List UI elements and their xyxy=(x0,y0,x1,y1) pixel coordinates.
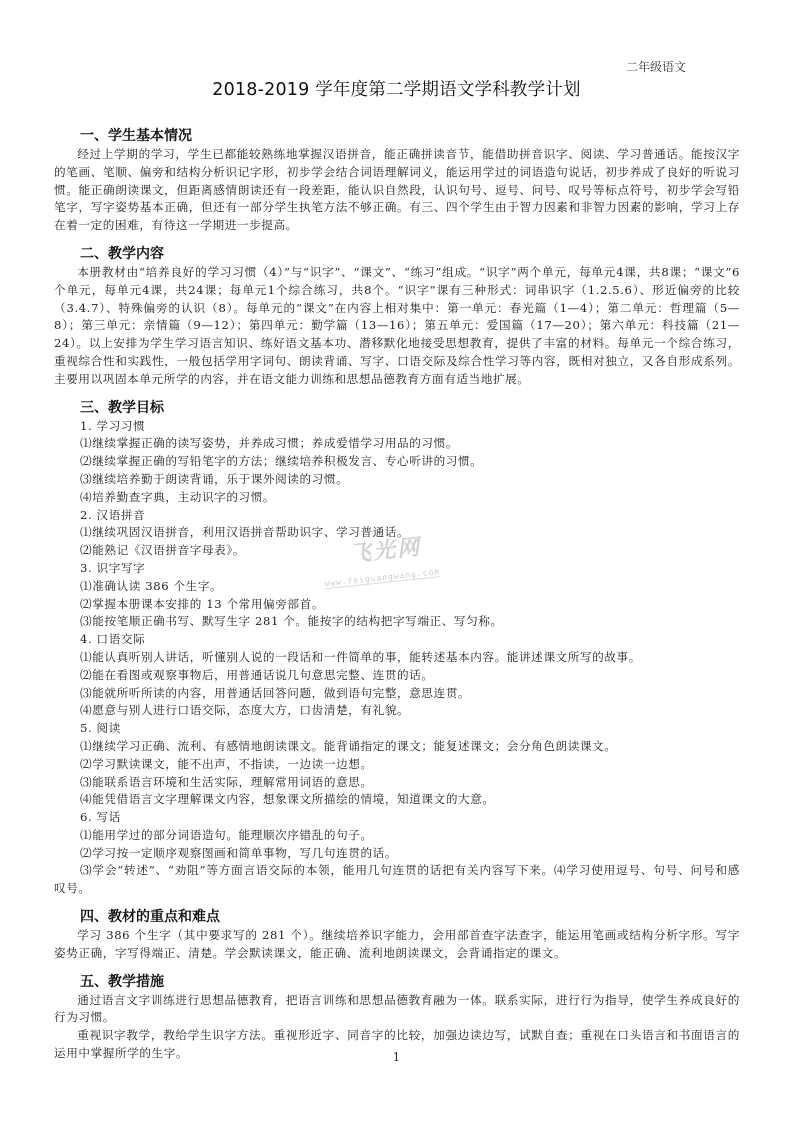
goal-item: ⑶能就所听所读的内容，用普通话回答问题，做到语句完整，意思连贯。 xyxy=(80,685,740,703)
paragraph-student-situation: 经过上学期的学习，学生已都能较熟练地掌握汉语拼音，能正确拼读音节，能借助拼音识字… xyxy=(54,146,740,235)
goal-item: ⑵能在看图或观察事物后，用普通话说几句意思完整、连贯的话。 xyxy=(80,667,740,685)
goal-group-pinyin: 2. 汉语拼音 ⑴继续巩固汉语拼音，利用汉语拼音帮助识字、学习普通话。 ⑵能熟记… xyxy=(54,507,740,560)
goal-item: ⑵能熟记《汉语拼音字母表》。 xyxy=(80,542,740,560)
goal-group-reading: 5. 阅读 ⑴继续学习正确、流利、有感情地朗读课文。能背诵指定的课文；能复述课文… xyxy=(54,720,740,809)
paragraph-key-points: 学习 386 个生字（其中要求写的 281 个）。继续培养识字能力，会用部首查字… xyxy=(54,927,740,963)
goal-item: ⑴能认真听别人讲话，听懂别人说的一段话和一件简单的事，能转述基本内容。能讲述课文… xyxy=(80,649,740,667)
goal-group-title: 2. 汉语拼音 xyxy=(80,507,740,525)
goal-item: ⑴继续巩固汉语拼音，利用汉语拼音帮助识字、学习普通话。 xyxy=(80,524,740,542)
subject-label: 二年级语文 xyxy=(626,58,686,75)
goal-group-literacy-writing: 3. 识字写字 ⑴准确认读 386 个生字。 ⑵掌握本册课本安排的 13 个常用… xyxy=(54,560,740,631)
section-heading-teaching-goals: 三、教学目标 xyxy=(80,398,740,418)
goal-item: ⑵掌握本册课本安排的 13 个常用偏旁部首。 xyxy=(80,596,740,614)
section-heading-student-situation: 一、学生基本情况 xyxy=(80,126,740,146)
goal-group-title: 4. 口语交际 xyxy=(80,631,740,649)
goal-item: ⑶学会“转述”、“劝阻”等方面言语交际的本领，能用几句连贯的话把有关内容写下来。… xyxy=(54,862,740,898)
goal-item: ⑴能用学过的部分词语造句。能理顺次序错乱的句子。 xyxy=(80,827,740,845)
goal-item: ⑷能凭借语言文字理解课文内容，想象课文所描绘的情境，知道课文的大意。 xyxy=(80,791,740,809)
goal-item: ⑵学习默读课文，能不出声，不指读，一边读一边想。 xyxy=(80,756,740,774)
goal-item: ⑵继续掌握正确的写铅笔字的方法；继续培养积极发言、专心听讲的习惯。 xyxy=(80,453,740,471)
goal-item: ⑷培养勤查字典，主动识字的习惯。 xyxy=(80,489,740,507)
goal-item: ⑴继续学习正确、流利、有感情地朗读课文。能背诵指定的课文；能复述课文；会分角色朗… xyxy=(80,738,740,756)
goal-group-writing: 6. 写话 ⑴能用学过的部分词语造句。能理顺次序错乱的句子。 ⑵学习按一定顺序观… xyxy=(54,809,740,898)
page-title: 2018-2019 学年度第二学期语文学科教学计划 xyxy=(0,76,793,101)
paragraph-teaching-content: 本册教材由“培养良好的学习习惯（4）”与“识字”、“课文”、“练习”组成。“识字… xyxy=(54,264,740,389)
section-heading-key-points: 四、教材的重点和难点 xyxy=(80,907,740,927)
goal-item: ⑵学习按一定顺序观察图画和简单事物，写几句连贯的话。 xyxy=(80,845,740,863)
goal-item: ⑴准确认读 386 个生字。 xyxy=(80,578,740,596)
document-body: 一、学生基本情况 经过上学期的学习，学生已都能较熟练地掌握汉语拼音，能正确拼读音… xyxy=(54,126,740,1063)
goal-group-title: 5. 阅读 xyxy=(80,720,740,738)
goal-item: ⑷愿意与别人进行口语交际，态度大方，口齿清楚，有礼貌。 xyxy=(80,702,740,720)
page-number: 1 xyxy=(0,1050,793,1064)
goal-group-title: 3. 识字写字 xyxy=(80,560,740,578)
goal-item: ⑶能联系语言环境和生活实际，理解常用词语的意思。 xyxy=(80,774,740,792)
goal-item: ⑶继续培养勤于朗读背诵，乐于课外阅读的习惯。 xyxy=(80,471,740,489)
paragraph-teaching-measures: 通过语言文字训练进行思想品德教育，把语言训练和思想品德教育融为一体。联系实际，进… xyxy=(54,992,740,1028)
section-heading-teaching-content: 二、教学内容 xyxy=(80,244,740,264)
goal-item: ⑴继续掌握正确的读写姿势，并养成习惯；养成爱惜学习用品的习惯。 xyxy=(80,435,740,453)
goal-group-title: 6. 写话 xyxy=(80,809,740,827)
section-heading-teaching-measures: 五、教学措施 xyxy=(80,972,740,992)
goal-group-oral-communication: 4. 口语交际 ⑴能认真听别人讲话，听懂别人说的一段话和一件简单的事，能转述基本… xyxy=(54,631,740,720)
goal-group-title: 1. 学习习惯 xyxy=(80,418,740,436)
goal-group-study-habits: 1. 学习习惯 ⑴继续掌握正确的读写姿势，并养成习惯；养成爱惜学习用品的习惯。 … xyxy=(54,418,740,507)
goal-item: ⑶能按笔顺正确书写、默写生字 281 个。能按字的结构把字写端正、写匀称。 xyxy=(80,613,740,631)
